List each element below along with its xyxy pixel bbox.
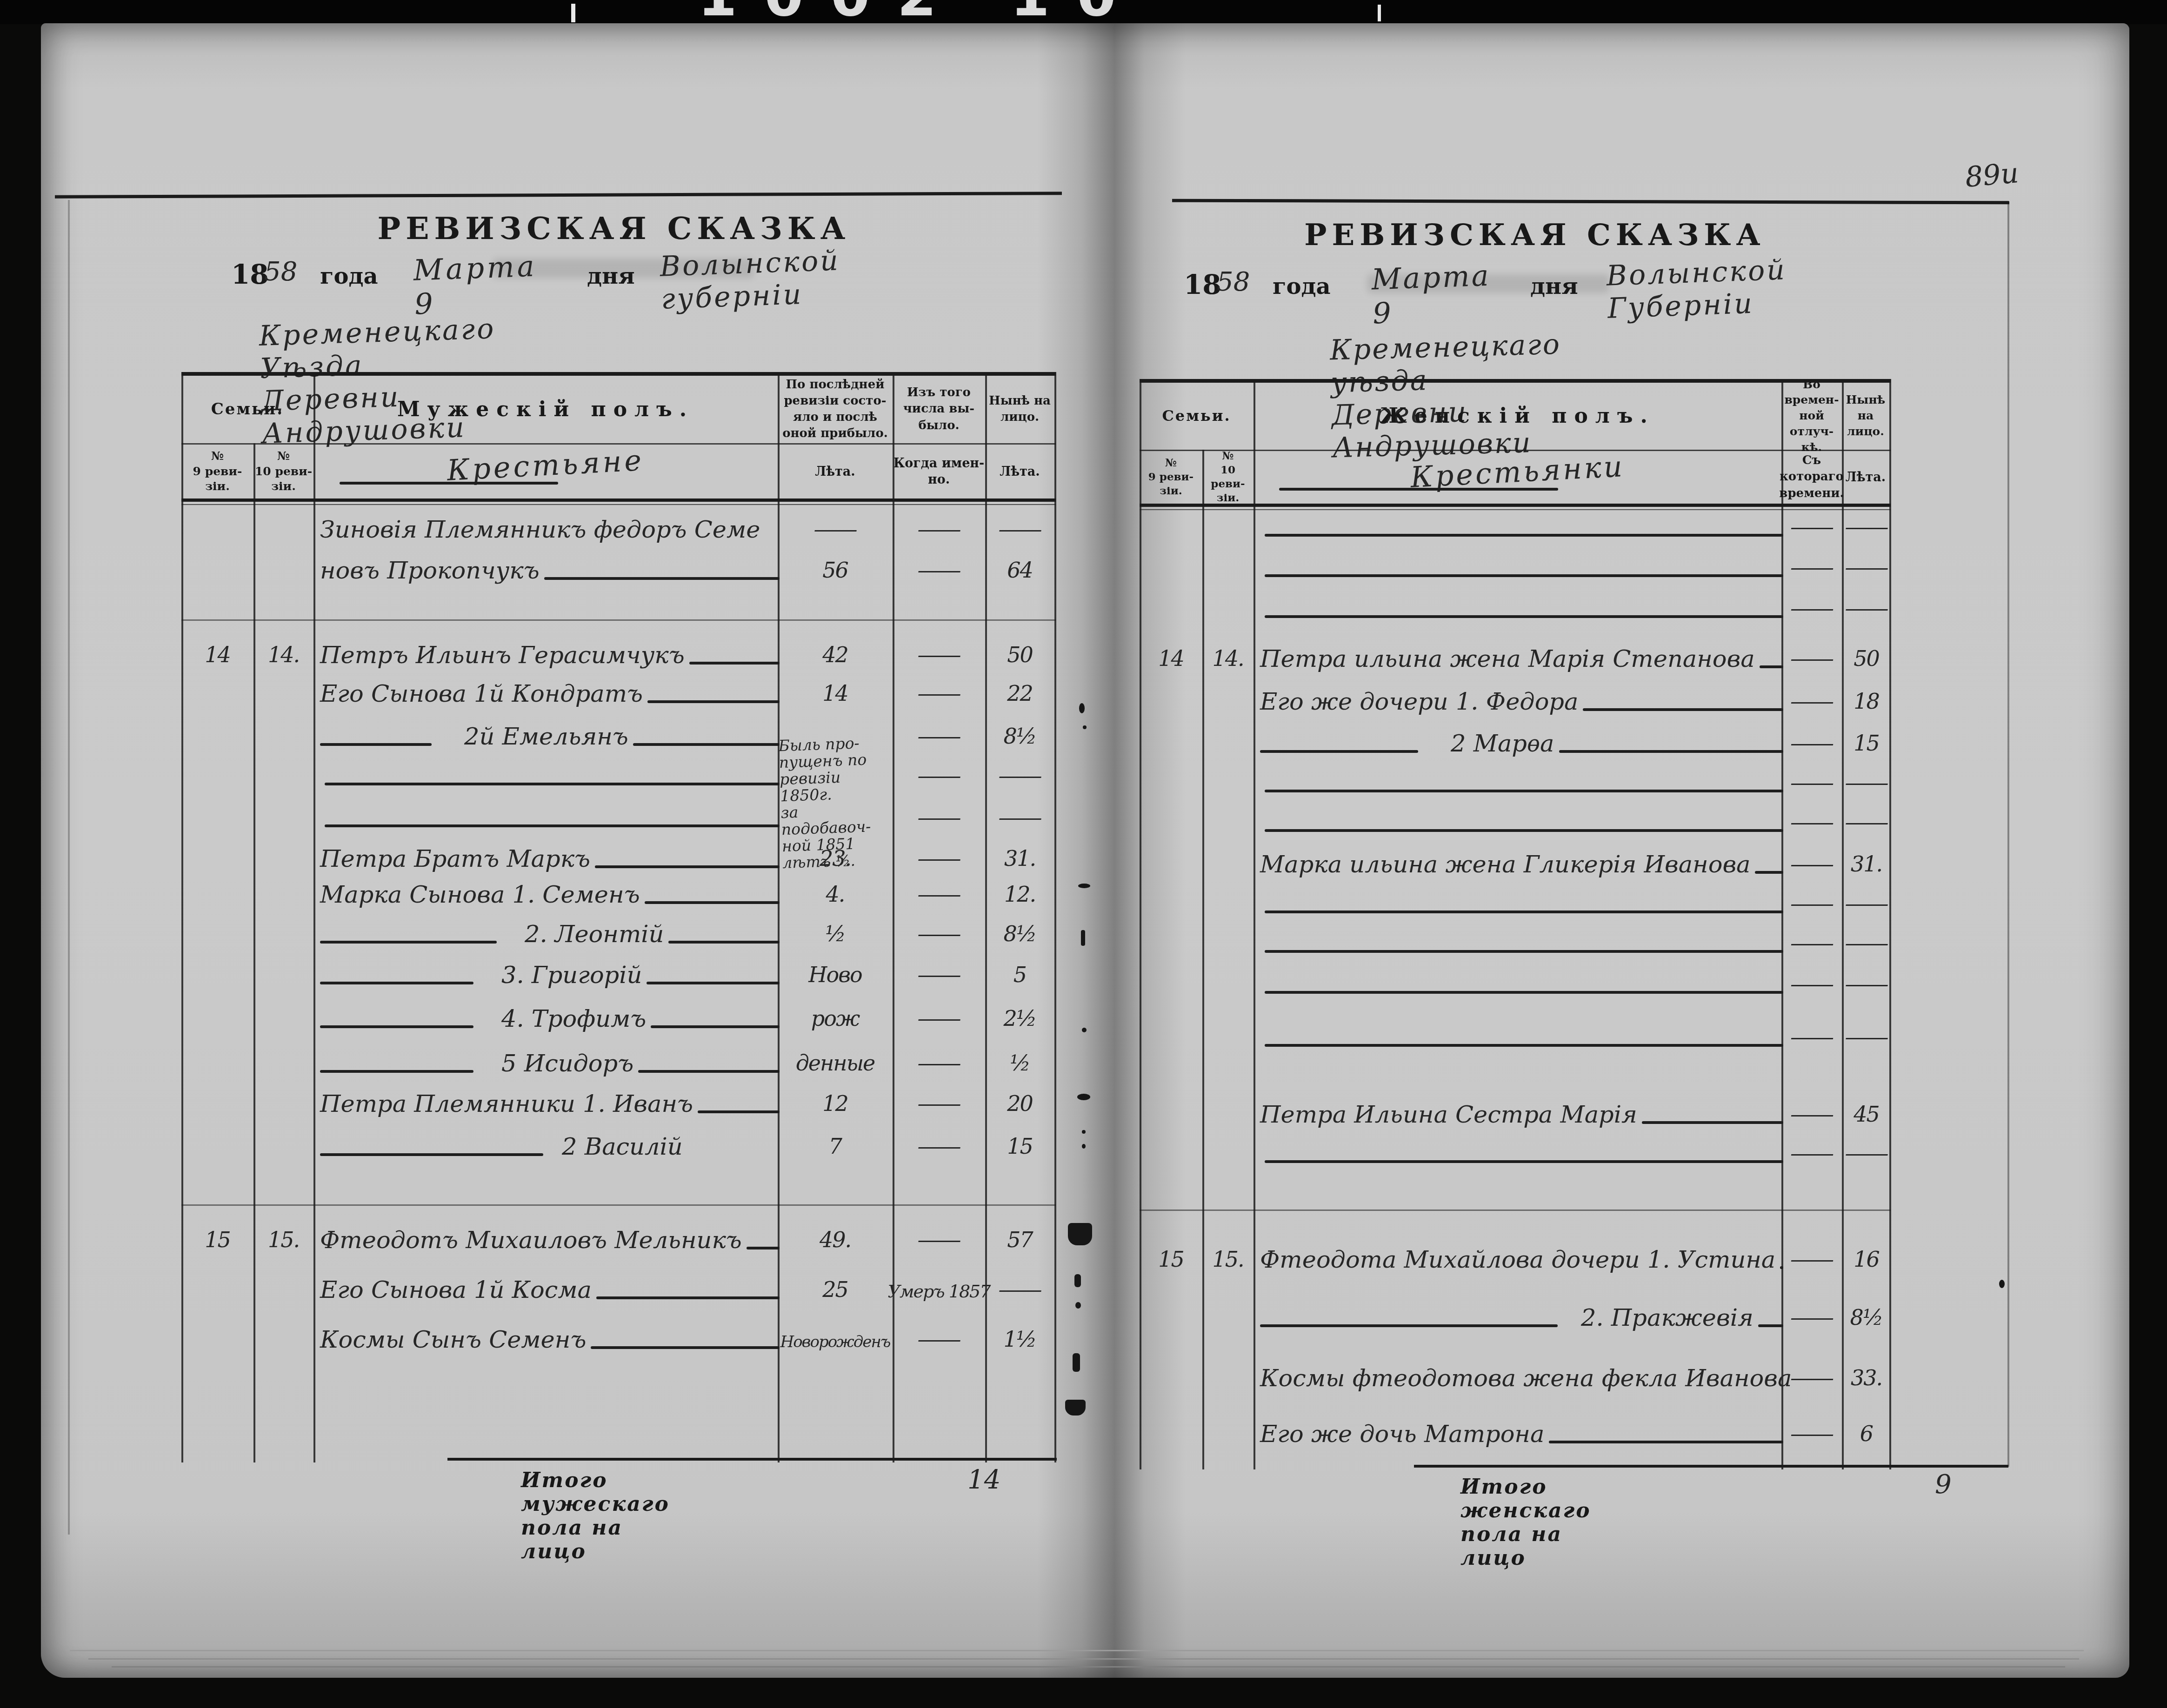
male-census-table: Семьи. Мужескій полъ. По послѣдней ревиз… [181, 372, 1056, 1462]
table-row: ―― ―― [1140, 1131, 1891, 1170]
age-now: 5 [1013, 964, 1026, 992]
handwritten-underline [1265, 574, 1783, 577]
table-row: 2 Марѳа ―― 15 [1140, 721, 1891, 760]
family-no-9: 14 [205, 644, 230, 672]
since-when: ―― [1791, 1367, 1832, 1395]
ink-speck [1081, 930, 1085, 946]
age-now: 50 [1007, 644, 1033, 672]
ink-speck [1065, 1400, 1086, 1416]
age-now: ―― [1846, 557, 1887, 585]
ink-speck [1083, 725, 1087, 729]
page-right-frame-line [2007, 202, 2009, 1467]
table-row: Петра Ильина Сестра Марія ―― 45 [1140, 1092, 1891, 1131]
handwritten-underline [595, 865, 780, 868]
printed-dnya: дня [587, 263, 635, 289]
handwritten-underline [1265, 991, 1783, 994]
handwritten-underline [1265, 1044, 1783, 1047]
total-label: Итого женскаго пола на лицо [1460, 1475, 1591, 1570]
age-previous: денные [796, 1052, 875, 1080]
handwritten-underline [320, 743, 432, 746]
age-now: 33. [1851, 1367, 1882, 1395]
table-row: 14 14. Петръ Ильинъ Герасимчукъ 42 ―― 50 [181, 630, 1056, 672]
handwritten-year: 58 [264, 257, 297, 287]
handwritten-underline [320, 1070, 473, 1073]
person-name: Петръ Ильинъ Герасимчукъ [320, 644, 685, 672]
person-name: Петра ильина жена Марія Степанова [1260, 647, 1755, 676]
age-previous: 7 [829, 1136, 841, 1163]
age-now: 8½ [1850, 1307, 1883, 1335]
ink-speck [1082, 1130, 1086, 1134]
ink-speck [1082, 1028, 1087, 1032]
age-previous: 49. [820, 1229, 851, 1257]
table-row: 15 15. Фтеодота Михайлова дочери 1. Усти… [1140, 1232, 1891, 1276]
age-now: 12. [1004, 884, 1035, 911]
handwritten-underline [1549, 1441, 1783, 1443]
age-now: ―― [1000, 518, 1040, 546]
person-name: Космы фтеодотова жена фекла Иванова [1260, 1367, 1792, 1395]
handwritten-underline [638, 1070, 780, 1073]
handwritten-underline [651, 1025, 780, 1028]
since-when: ―― [1791, 973, 1832, 1001]
page-title: РЕВИЗСКАЯ СКАЗКА [1209, 218, 1860, 253]
handwritten-underline [1642, 1121, 1783, 1124]
header-departed: Изъ того числа вы- было. [893, 375, 985, 444]
ink-speck [1077, 1094, 1090, 1100]
handwritten-underline [1260, 750, 1418, 753]
total-value: 9 [1935, 1469, 1952, 1500]
family-no-10: 14. [1212, 648, 1243, 676]
table-row: ―― ―― [181, 751, 1056, 793]
family-no-9: 15 [205, 1229, 230, 1257]
when-departed: Умеръ 1857 [888, 1283, 990, 1307]
when-departed: ―― [919, 964, 960, 992]
age-previous: 4. [826, 884, 845, 911]
handwritten-underline [320, 982, 473, 984]
handwritten-underline [320, 941, 497, 944]
age-previous: 56 [822, 559, 848, 587]
age-now: 45 [1854, 1103, 1879, 1131]
handwritten-underline [591, 1346, 780, 1349]
age-previous: 42 [822, 644, 848, 672]
table-row: ―― ―― [1140, 760, 1891, 800]
since-when: ―― [1791, 811, 1832, 839]
age-now: 8½ [1004, 725, 1036, 753]
when-departed: ―― [919, 725, 960, 753]
table-row: Марка Сынова 1. Семенъ 4. ―― 12. [181, 870, 1056, 911]
handwritten-underline [1260, 1324, 1558, 1327]
when-departed: ―― [919, 807, 960, 835]
folio-number: 89и [1964, 157, 2020, 194]
when-departed: ―― [919, 1229, 960, 1257]
handwritten-underline [647, 982, 780, 984]
age-previous: Ново [808, 964, 861, 992]
person-name: Зиновія Племянникъ федоръ Семе [320, 518, 760, 546]
age-now: ―― [1846, 973, 1887, 1001]
when-departed: ―― [919, 1329, 960, 1356]
handwritten-underline [544, 577, 780, 580]
table-row: Космы Сынъ Семенъ Новорожденъ ―― 1½ [181, 1315, 1056, 1356]
age-now: 57 [1007, 1229, 1033, 1257]
person-name: 3. Григорій [473, 964, 642, 992]
since-when: ―― [1791, 648, 1832, 676]
table-row: ―― ―― [1140, 586, 1891, 625]
page-edge-line [70, 1650, 2084, 1651]
table-row: новъ Прокопчукъ 56 ―― 64 [181, 545, 1056, 587]
since-when: ―― [1791, 691, 1832, 718]
handwritten-year: 58 [1217, 267, 1250, 297]
age-now: 1½ [1004, 1329, 1036, 1356]
header-now-present: Нынѣ на лицо. [985, 375, 1054, 444]
family-divider [181, 1204, 1056, 1206]
person-name: 2 Василій [543, 1135, 683, 1163]
person-name: Его же дочери 1. Федора [1260, 690, 1578, 718]
subheader-9th-revision: № 9 реви- зіи. [181, 445, 253, 498]
person-name: 2 Марѳа [1418, 732, 1554, 760]
age-now: 18 [1854, 691, 1879, 718]
subheader-age: Лѣта. [1842, 452, 1889, 503]
handwritten-underline [325, 783, 780, 785]
header-family: Семьи. [1140, 384, 1254, 448]
age-now: ―― [1846, 1143, 1887, 1170]
printed-year-prefix: 18 [231, 259, 269, 290]
printed-dnya: дня [1530, 273, 1578, 299]
table-row: ―― ―― [1140, 921, 1891, 960]
when-departed: ―― [919, 683, 960, 711]
when-departed: ―― [919, 884, 960, 911]
age-previous: Новорожденъ [780, 1334, 890, 1356]
age-now: 22 [1007, 683, 1033, 711]
handwritten-underline [1265, 829, 1783, 832]
handwritten-underline [1760, 665, 1783, 668]
age-now: 15 [1854, 732, 1879, 760]
family-no-9: 14 [1158, 648, 1184, 676]
page-edge-line [88, 1658, 2079, 1660]
since-when: ―― [1791, 1249, 1832, 1276]
table-row: ―― ―― [1140, 545, 1891, 585]
subheader-10th-revision: № 10 реви- зіи. [1202, 452, 1254, 503]
person-name: Петра Ильина Сестра Марія [1260, 1103, 1637, 1131]
table-row: ―― ―― [1140, 881, 1891, 921]
age-now: ―― [1846, 772, 1887, 800]
handwritten-underline [596, 1296, 780, 1299]
handwritten-underline [633, 743, 780, 746]
age-now: ―― [1846, 516, 1887, 544]
person-name: 5 Исидоръ [473, 1052, 633, 1080]
table-row: ―― ―― [1140, 800, 1891, 839]
age-previous: ―― [815, 518, 856, 546]
family-divider [181, 619, 1056, 621]
table-row: Петра Племянники 1. Иванъ 12 ―― 20 [181, 1079, 1056, 1121]
person-name: 2й Емельянъ [432, 725, 628, 753]
age-now: 50 [1854, 648, 1879, 676]
handwritten-underline [320, 1025, 473, 1028]
ink-speck [1079, 703, 1085, 713]
person-name: Космы Сынъ Семенъ [320, 1328, 586, 1356]
handwritten-underline [340, 482, 558, 485]
table-row: ―― ―― [1140, 505, 1891, 544]
age-now: ―― [1846, 932, 1887, 960]
age-now: ―― [1000, 765, 1040, 793]
table-row: Его Сынова 1й Кондратъ 14 ―― 22 [181, 669, 1056, 711]
film-frame-counter: 1002 10 [698, 0, 1143, 24]
person-name: Его Сынова 1й Кондратъ [320, 682, 643, 711]
handwritten-underline [668, 941, 780, 944]
since-when: ―― [1791, 1143, 1832, 1170]
person-name: Петра Племянники 1. Иванъ [320, 1092, 693, 1121]
ink-speck [1075, 1302, 1081, 1309]
handwritten-month-day: Марта 9 [413, 249, 539, 321]
age-now: 15 [1007, 1136, 1033, 1163]
age-now: ―― [1846, 1026, 1887, 1054]
age-now: 6 [1860, 1423, 1873, 1451]
table-row: ―― ―― [1140, 962, 1891, 1001]
subheader-when-exactly: Когда имен- но. [893, 445, 985, 498]
page-title: РЕВИЗСКАЯ СКАЗКА [288, 210, 940, 246]
when-departed: ―― [919, 518, 960, 546]
table-row: Его же дочери 1. Федора ―― 18 [1140, 679, 1891, 718]
since-when: ―― [1791, 1423, 1832, 1451]
age-now: ―― [1846, 811, 1887, 839]
age-previous: ½ [825, 923, 845, 951]
handwritten-underline [747, 1247, 780, 1249]
table-top-rule [1140, 379, 1891, 383]
ink-speck [1999, 1280, 2005, 1288]
table-row: Зиновія Племянникъ федоръ Семе ―― ―― ―― [181, 505, 1056, 546]
since-when: ―― [1791, 893, 1832, 921]
header-temporarily-absent: Во времен- ной отлуч- кѣ. [1781, 382, 1842, 450]
since-when: ―― [1791, 1307, 1832, 1335]
age-now: 64 [1007, 559, 1033, 587]
family-divider [1140, 1210, 1891, 1211]
header-bottom-rule [181, 498, 1056, 502]
header-family: Семьи. [181, 377, 313, 442]
handwritten-underline [1265, 615, 1783, 618]
person-name: Его Сынова 1й Косма [320, 1278, 592, 1307]
handwritten-underline [1265, 950, 1783, 953]
microfilm-strip: 1002 10 [0, 0, 2167, 24]
table-row: 2. Леонтій ½ ―― 8½ [181, 909, 1056, 951]
printed-year-prefix: 18 [1184, 269, 1221, 300]
table-row: ―― ―― [1140, 1015, 1891, 1054]
age-previous: рож [811, 1008, 859, 1036]
since-when: ―― [1791, 598, 1832, 625]
age-previous: 14 [822, 683, 848, 711]
table-row: Космы фтеодотова жена фекла Иванова ―― 3… [1140, 1351, 1891, 1395]
since-when: ―― [1791, 516, 1832, 544]
when-departed: ―― [919, 644, 960, 672]
age-now: 16 [1854, 1249, 1879, 1276]
handwritten-underline [1559, 750, 1783, 753]
subheader-9th-revision: № 9 реви- зіи. [1140, 452, 1202, 503]
handwritten-underline [645, 901, 780, 904]
handwritten-underline [1265, 1160, 1783, 1163]
handwritten-underline [1583, 708, 1783, 711]
table-row: Его же дочь Матрона ―― 6 [1140, 1407, 1891, 1451]
table-row: 15 15. Фтеодотъ Михаиловъ Мельникъ 49. ―… [181, 1215, 1056, 1257]
when-departed: ―― [919, 559, 960, 587]
since-when: ―― [1791, 1103, 1832, 1131]
handwritten-underline [1279, 488, 1558, 491]
handwritten-underline [1265, 910, 1783, 913]
age-now: ½ [1010, 1052, 1030, 1080]
handwritten-month-day: Марта 9 [1371, 259, 1493, 331]
female-census-table: Семьи. Женскій полъ. Во времен- ной отлу… [1140, 379, 1891, 1469]
handwritten-underline [1265, 534, 1783, 537]
subheader-10th-revision: № 10 реви- зіи. [253, 445, 313, 498]
age-now: 8½ [1004, 923, 1036, 951]
age-now: ―― [1846, 598, 1887, 625]
handwritten-underline [325, 824, 780, 827]
ink-speck [1078, 884, 1090, 888]
table-row: 2 Василій 7 ―― 15 [181, 1122, 1056, 1163]
handwritten-underline [1265, 790, 1783, 792]
scanned-revision-list-spread: 1002 10 89и РЕВИЗСКАЯ СКАЗКА 18 58 года … [0, 0, 2167, 1708]
ink-speck [1082, 1144, 1086, 1149]
when-departed: ―― [919, 1136, 960, 1163]
since-when: ―― [1791, 932, 1832, 960]
person-name: Марка Сынова 1. Семенъ [320, 883, 640, 911]
since-when: ―― [1791, 853, 1832, 881]
table-row: Его Сынова 1й Косма 25 Умеръ 1857 ―― [181, 1265, 1056, 1307]
subheader-age2: Лѣта. [985, 445, 1054, 498]
printed-goda: года [320, 263, 378, 289]
film-tick-mark [571, 4, 575, 22]
header-now-present: Нынѣ на лицо. [1842, 382, 1889, 450]
when-departed: ―― [919, 765, 960, 793]
film-tick-mark [1378, 5, 1381, 21]
age-now: 2½ [1004, 1008, 1036, 1036]
table-row: 4. Трофимъ рож ―― 2½ [181, 994, 1056, 1036]
person-name: Марка ильина жена Гликерія Иванова [1260, 853, 1750, 881]
person-name: 4. Трофимъ [473, 1007, 646, 1036]
person-name: 2. Леонтій [497, 923, 664, 951]
page-left-frame-line [68, 200, 70, 1535]
printed-goda: года [1273, 273, 1331, 299]
person-name: 2. Пракжевія [1558, 1306, 1754, 1335]
total-rule [1414, 1465, 2008, 1468]
handwritten-province: Волынской губерніи [660, 244, 842, 315]
person-name: Его же дочь Матрона [1260, 1422, 1544, 1451]
total-value: 14 [967, 1465, 1000, 1495]
subheader-age: Лѣта. [778, 445, 893, 498]
handwritten-province: Волынской Губерніи [1606, 253, 1788, 325]
age-now: ―― [1000, 1279, 1040, 1307]
age-now: 20 [1007, 1093, 1033, 1121]
age-previous: 25 [822, 1279, 848, 1307]
person-name: новъ Прокопчукъ [320, 559, 540, 587]
since-when: ―― [1791, 772, 1832, 800]
header-previous-revision: По послѣдней ревизіи состо- яло и послѣ … [778, 375, 893, 444]
total-rule [447, 1458, 1057, 1461]
handwritten-underline [320, 1153, 543, 1156]
family-no-10: 14. [268, 644, 299, 672]
ink-speck [1073, 1353, 1080, 1372]
since-when: ―― [1791, 557, 1832, 585]
age-now: 31. [1851, 853, 1882, 881]
when-departed: ―― [919, 1052, 960, 1080]
subheader-since-when: Съ котораго времени. [1781, 452, 1842, 503]
handwritten-underline [698, 1110, 780, 1113]
table-row: Марка ильина жена Гликерія Иванова ―― 31… [1140, 842, 1891, 881]
table-row: 3. Григорій Ново ―― 5 [181, 950, 1056, 992]
table-row: 2й Емельянъ ―― 8½ [181, 711, 1056, 753]
since-when: ―― [1791, 732, 1832, 760]
family-no-9: 15 [1158, 1249, 1184, 1276]
since-when: ―― [1791, 1026, 1832, 1054]
when-departed: ―― [919, 923, 960, 951]
person-name: Фтеодота Михайлова дочери 1. Устина [1260, 1248, 1775, 1276]
handwritten-underline [1755, 871, 1783, 874]
page-edge-line [112, 1666, 2065, 1668]
ink-speck [1074, 1274, 1081, 1287]
handwritten-underline [1758, 1324, 1783, 1327]
handwritten-underline [647, 700, 780, 703]
ink-speck [1068, 1223, 1092, 1245]
when-departed: ―― [919, 1093, 960, 1121]
when-departed: ―― [919, 1008, 960, 1036]
age-now: ―― [1846, 893, 1887, 921]
table-row: 5 Исидоръ денные ―― ½ [181, 1038, 1056, 1080]
person-name: Фтеодотъ Михаиловъ Мельникъ [320, 1229, 742, 1257]
age-previous: 12 [822, 1093, 848, 1121]
family-no-10: 15. [1212, 1249, 1243, 1276]
table-row: ―― ―― [181, 793, 1056, 835]
table-row: 14 14. Петра ильина жена Марія Степанова… [1140, 636, 1891, 676]
handwritten-underline [689, 662, 780, 665]
age-now: ―― [1000, 807, 1040, 835]
total-label: Итого мужескаго пола на лицо [521, 1469, 670, 1563]
table-row: 2. Пракжевія ―― 8½ [1140, 1290, 1891, 1335]
family-no-10: 15. [268, 1229, 299, 1257]
person-name: Петра Братъ Маркъ [320, 847, 590, 876]
